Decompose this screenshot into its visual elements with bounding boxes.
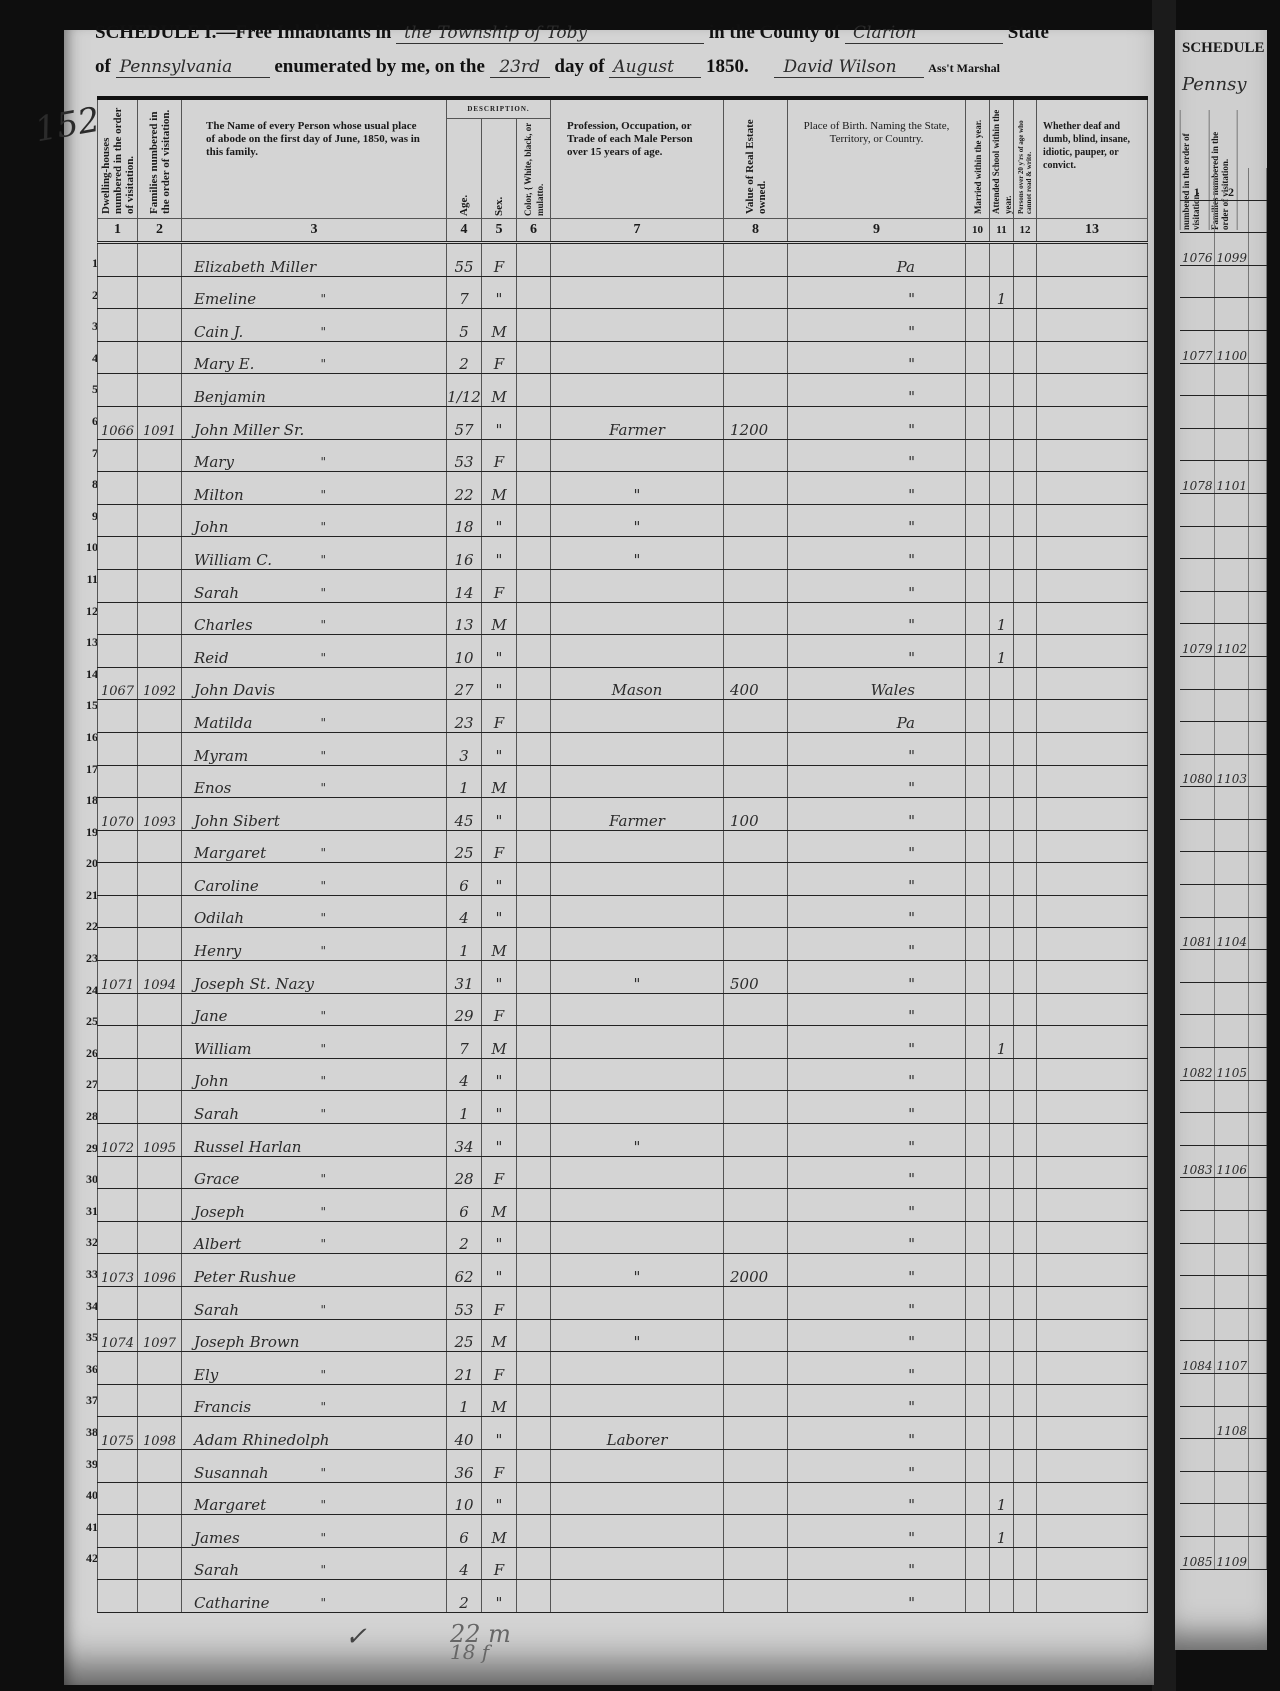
next-page-row — [1180, 722, 1266, 755]
cannot-read-write-cell — [1014, 1124, 1037, 1157]
real-estate-value-cell — [724, 635, 788, 668]
next-page-dwelling-number — [1180, 1439, 1214, 1472]
occupation-cell: " — [551, 1254, 724, 1287]
occupation: " — [634, 518, 641, 536]
next-page-row — [1180, 819, 1266, 852]
next-page-dwelling-number — [1180, 689, 1214, 722]
dwelling-number-cell: 1066 — [98, 406, 138, 439]
sex: " — [496, 812, 503, 830]
occupation-cell — [551, 1189, 724, 1222]
table-row: Sarah"14F" — [98, 569, 1148, 602]
family-number-cell — [138, 602, 182, 635]
condition-cell — [1037, 1580, 1148, 1613]
birthplace: " — [908, 1529, 915, 1547]
next-page-dwelling-number: 1079 — [1180, 624, 1214, 657]
condition-cell — [1037, 1384, 1148, 1417]
sex: " — [496, 1431, 503, 1449]
person-name-cell: James" — [182, 1515, 447, 1548]
table-row: Margaret"10""1 — [98, 1482, 1148, 1515]
next-page-name-fragment — [1248, 1113, 1266, 1146]
next-page-row — [1180, 950, 1266, 983]
family-number: 1093 — [143, 815, 176, 830]
next-page-family-number — [1214, 819, 1248, 852]
color-cell — [517, 1091, 551, 1124]
table-row: Sarah"53F" — [98, 1287, 1148, 1320]
next-page-family-number — [1214, 1276, 1248, 1309]
occupation-cell — [551, 1482, 724, 1515]
condition-cell — [1037, 700, 1148, 733]
sex-cell: M — [482, 1515, 517, 1548]
married-within-year-cell — [966, 667, 990, 700]
occupation-cell — [551, 341, 724, 374]
occupation: Laborer — [607, 1431, 668, 1449]
occupation-cell — [551, 1026, 724, 1059]
census-rows: Elizabeth Miller55FPaEmeline"7""1Cain J.… — [98, 243, 1148, 1613]
birthplace-cell: " — [788, 928, 966, 961]
person-name: Mary — [194, 453, 234, 471]
person-name: Margaret — [194, 1496, 266, 1514]
color-cell — [517, 472, 551, 505]
person-name-cell: John Davis — [182, 667, 447, 700]
person-name-cell: Francis" — [182, 1384, 447, 1417]
next-page-name-fragment — [1248, 1048, 1266, 1081]
age: 27 — [454, 681, 473, 699]
real-estate-value-cell — [724, 537, 788, 570]
next-page-row: 10781101 — [1180, 461, 1266, 494]
person-name-cell: Elizabeth Miller — [182, 243, 447, 277]
dwelling-number: 1067 — [101, 684, 134, 699]
attended-school-cell — [990, 1547, 1014, 1580]
next-page-family-number: 1102 — [1214, 624, 1248, 657]
birthplace-cell: " — [788, 504, 966, 537]
cannot-read-write-cell — [1014, 1384, 1037, 1417]
color-cell — [517, 1221, 551, 1254]
birthplace-cell: " — [788, 1482, 966, 1515]
real-estate-value-cell — [724, 1287, 788, 1320]
birthplace: " — [908, 1170, 915, 1188]
birthplace: " — [908, 909, 915, 927]
line-number: 21 — [74, 880, 98, 912]
birthplace: " — [908, 649, 915, 667]
line-number: 2 — [74, 280, 98, 312]
col-num: 6 — [517, 219, 551, 243]
person-name: Elizabeth Miller — [194, 258, 316, 276]
person-name: Adam Rhinedolph — [194, 1431, 329, 1449]
family-number-cell: 1094 — [138, 961, 182, 994]
cannot-read-write-cell — [1014, 472, 1037, 505]
occupation-cell: " — [551, 1319, 724, 1352]
col-num: 8 — [724, 219, 788, 243]
person-name-cell: Charles" — [182, 602, 447, 635]
occupation-cell — [551, 602, 724, 635]
family-number: 1095 — [143, 1141, 176, 1156]
dwelling-number-cell — [98, 1352, 138, 1385]
birthplace-cell: " — [788, 1124, 966, 1157]
next-page-dwelling-number — [1180, 1080, 1214, 1113]
line-number: 41 — [74, 1512, 98, 1544]
age-cell: 25 — [447, 830, 482, 863]
person-name: Sarah — [194, 584, 239, 602]
dwelling-number-cell — [98, 1026, 138, 1059]
occupation-cell — [551, 700, 724, 733]
age-cell: 45 — [447, 798, 482, 831]
person-name-cell: John Miller Sr. — [182, 406, 447, 439]
birthplace-cell: " — [788, 374, 966, 407]
age-cell: 28 — [447, 1156, 482, 1189]
attended-school-cell: 1 — [990, 1482, 1014, 1515]
color-cell — [517, 1547, 551, 1580]
table-row: 10671092John Davis27"Mason400Wales — [98, 667, 1148, 700]
condition-cell — [1037, 276, 1148, 309]
attended-school-cell — [990, 830, 1014, 863]
age: 10 — [454, 1496, 473, 1514]
person-name-cell: William C." — [182, 537, 447, 570]
birthplace-cell: " — [788, 895, 966, 928]
next-page-row — [1180, 852, 1266, 885]
col-num: 11 — [990, 219, 1014, 243]
col-num: 2 — [138, 219, 182, 243]
next-page-dwelling-number — [1180, 885, 1214, 918]
family-number-cell — [138, 928, 182, 961]
age: 53 — [454, 453, 473, 471]
table-row: 10741097Joseph Brown25M"" — [98, 1319, 1148, 1352]
col-head-married: Married within the year. — [966, 98, 990, 219]
next-page-name-fragment — [1248, 461, 1266, 494]
married-within-year-cell — [966, 406, 990, 439]
cannot-read-write-cell — [1014, 406, 1037, 439]
sex: M — [491, 942, 506, 960]
person-name-cell: Jane" — [182, 993, 447, 1026]
line-number: 1 — [74, 248, 98, 280]
birthplace: Wales — [871, 681, 915, 699]
sex-cell: F — [482, 1156, 517, 1189]
real-estate-value-cell — [724, 1384, 788, 1417]
birthplace: " — [908, 975, 915, 993]
occupation-cell — [551, 1580, 724, 1613]
occupation-cell — [551, 895, 724, 928]
married-within-year-cell — [966, 1547, 990, 1580]
next-page-family-number — [1214, 1308, 1248, 1341]
dwelling-number-cell: 1072 — [98, 1124, 138, 1157]
real-estate-value-cell — [724, 1124, 788, 1157]
age: 21 — [454, 1366, 473, 1384]
sex-cell: " — [482, 276, 517, 309]
occupation-cell — [551, 1221, 724, 1254]
attended-school-cell — [990, 798, 1014, 831]
col-num: 5 — [482, 219, 517, 243]
attended-school-cell — [990, 1221, 1014, 1254]
sex-cell: M — [482, 1026, 517, 1059]
next-page-dwelling-number: 1081 — [1180, 917, 1214, 950]
sex-cell: " — [482, 635, 517, 668]
next-page-family-number: 1108 — [1214, 1406, 1248, 1439]
age-cell: 7 — [447, 276, 482, 309]
attended-school-cell — [990, 374, 1014, 407]
attended-school-cell — [990, 1449, 1014, 1482]
person-name: John Miller Sr. — [194, 421, 304, 439]
cannot-read-write-cell — [1014, 1091, 1037, 1124]
condition-cell — [1037, 1547, 1148, 1580]
birthplace-cell: " — [788, 537, 966, 570]
married-within-year-cell — [966, 1124, 990, 1157]
dwelling-number: 1072 — [101, 1141, 134, 1156]
condition-cell — [1037, 537, 1148, 570]
next-page-family-number: 1109 — [1214, 1536, 1248, 1569]
table-row: 10711094Joseph St. Nazy31""500" — [98, 961, 1148, 994]
real-estate-value-cell — [724, 1482, 788, 1515]
occupation: " — [634, 486, 641, 504]
age-cell: 2 — [447, 341, 482, 374]
attended-school-cell — [990, 667, 1014, 700]
cannot-read-write-cell — [1014, 1482, 1037, 1515]
next-page-dwelling-number — [1180, 1113, 1214, 1146]
age: 7 — [459, 1040, 469, 1058]
dwelling-number-cell — [98, 537, 138, 570]
person-name: Matilda — [194, 714, 252, 732]
next-page-family-number — [1214, 1243, 1248, 1276]
next-page-dwelling-number — [1180, 526, 1214, 559]
table-row: Margaret"25F" — [98, 830, 1148, 863]
family-number-cell: 1092 — [138, 667, 182, 700]
attended-school: 1 — [997, 616, 1007, 634]
next-page-name-fragment — [1248, 722, 1266, 755]
family-number-cell — [138, 276, 182, 309]
family-number-cell — [138, 1058, 182, 1091]
birthplace: " — [908, 616, 915, 634]
person-name-cell: Mary" — [182, 439, 447, 472]
birthplace-cell: " — [788, 406, 966, 439]
real-estate-value-cell — [724, 1449, 788, 1482]
col-head-dwelling: Dwelling-houses numbered in the order of… — [98, 98, 138, 219]
col-head-color: Color, { White, black, or mulatto. — [517, 119, 551, 219]
next-page-col-nums: 12 — [1180, 168, 1266, 200]
family-number-cell — [138, 1189, 182, 1222]
condition-cell — [1037, 1482, 1148, 1515]
attended-school-cell — [990, 341, 1014, 374]
next-page-name-fragment — [1248, 493, 1266, 526]
person-name: Peter Rushue — [194, 1268, 296, 1286]
person-name: Jane — [194, 1007, 228, 1025]
line-number: 34 — [74, 1291, 98, 1323]
attended-school-cell: 1 — [990, 602, 1014, 635]
age-cell: 2 — [447, 1580, 482, 1613]
col-head-name: The Name of every Person whose usual pla… — [182, 98, 447, 219]
person-name-cell: Milton" — [182, 472, 447, 505]
family-number-cell — [138, 309, 182, 342]
age: 53 — [454, 1301, 473, 1319]
next-page-family-number — [1214, 428, 1248, 461]
married-within-year-cell — [966, 1091, 990, 1124]
person-name-cell: Sarah" — [182, 1091, 447, 1124]
age-cell: 53 — [447, 439, 482, 472]
table-row: Susannah"36F" — [98, 1449, 1148, 1482]
next-page-family-number — [1214, 200, 1248, 233]
birthplace-cell: " — [788, 602, 966, 635]
next-page-family-number — [1214, 1211, 1248, 1244]
next-page-row — [1180, 885, 1266, 918]
line-number: 17 — [74, 754, 98, 786]
birthplace: " — [908, 1301, 915, 1319]
person-name-cell: Caroline" — [182, 863, 447, 896]
married-within-year-cell — [966, 961, 990, 994]
color-cell — [517, 667, 551, 700]
family-number-cell: 1093 — [138, 798, 182, 831]
sex: " — [496, 1496, 503, 1514]
next-page-dwelling-number — [1180, 950, 1214, 983]
cannot-read-write-cell — [1014, 1417, 1037, 1450]
cannot-read-write-cell — [1014, 1547, 1037, 1580]
next-page-family-number — [1214, 1504, 1248, 1537]
sex: M — [491, 1529, 506, 1547]
cannot-read-write-cell — [1014, 1189, 1037, 1222]
next-page-dwelling-number — [1180, 363, 1214, 396]
age-cell: 62 — [447, 1254, 482, 1287]
next-page-name-fragment — [1248, 1243, 1266, 1276]
occupation: Mason — [612, 681, 663, 699]
sex: " — [496, 1105, 503, 1123]
col-head-illiterate: Persons over 20 y'rs of age who cannot r… — [1014, 98, 1037, 219]
married-within-year-cell — [966, 276, 990, 309]
real-estate-value-cell — [724, 472, 788, 505]
table-row: 10701093John Sibert45"Farmer100" — [98, 798, 1148, 831]
next-page-name-fragment — [1248, 233, 1266, 266]
line-number: 37 — [74, 1385, 98, 1417]
age-cell: 4 — [447, 895, 482, 928]
occupation-cell — [551, 1156, 724, 1189]
cannot-read-write-cell — [1014, 504, 1037, 537]
line-number: 24 — [74, 975, 98, 1007]
line-number: 29 — [74, 1133, 98, 1165]
married-within-year-cell — [966, 1254, 990, 1287]
next-page-family-number — [1214, 689, 1248, 722]
next-page-name-fragment — [1248, 265, 1266, 298]
married-within-year-cell — [966, 1417, 990, 1450]
dwelling-number-cell — [98, 439, 138, 472]
birthplace-cell: " — [788, 341, 966, 374]
cannot-read-write-cell — [1014, 1287, 1037, 1320]
age: 14 — [454, 584, 473, 602]
table-row: 10751098Adam Rhinedolph40"Laborer" — [98, 1417, 1148, 1450]
married-within-year-cell — [966, 765, 990, 798]
color-cell — [517, 504, 551, 537]
married-within-year-cell — [966, 1352, 990, 1385]
table-row: Mary"53F" — [98, 439, 1148, 472]
color-cell — [517, 569, 551, 602]
birthplace-cell: " — [788, 569, 966, 602]
surname-ditto-mark: " — [320, 586, 326, 600]
cannot-read-write-cell — [1014, 667, 1037, 700]
attended-school-cell — [990, 406, 1014, 439]
condition-cell — [1037, 765, 1148, 798]
next-page-family-number — [1214, 950, 1248, 983]
cannot-read-write-cell — [1014, 602, 1037, 635]
condition-cell — [1037, 1156, 1148, 1189]
sex-cell: F — [482, 1547, 517, 1580]
family-number-cell — [138, 1156, 182, 1189]
next-page-name-fragment — [1248, 819, 1266, 852]
table-row: Catharine"2"" — [98, 1580, 1148, 1613]
sex: " — [496, 975, 503, 993]
real-estate-value-cell — [724, 700, 788, 733]
family-number-cell — [138, 243, 182, 277]
occupation-cell — [551, 635, 724, 668]
married-within-year-cell — [966, 1189, 990, 1222]
next-page-row: 10851109 — [1180, 1536, 1266, 1569]
dwelling-number-cell — [98, 1515, 138, 1548]
age-cell: 55 — [447, 243, 482, 277]
next-page-dwelling-number — [1180, 1504, 1214, 1537]
occupation-cell — [551, 439, 724, 472]
state-field: Pennsylvania — [116, 57, 270, 78]
dwelling-number-cell — [98, 602, 138, 635]
county-field: Clarion — [845, 23, 1003, 44]
table-row: John"18""" — [98, 504, 1148, 537]
table-row: Milton"22M"" — [98, 472, 1148, 505]
sex-cell: " — [482, 1124, 517, 1157]
age-cell: 36 — [447, 1449, 482, 1482]
next-page-dwelling-number — [1180, 722, 1214, 755]
marshal-label: Ass't Marshal — [928, 61, 1000, 75]
sex-cell: F — [482, 569, 517, 602]
real-estate-value-cell: 400 — [724, 667, 788, 700]
sex: " — [496, 551, 503, 569]
person-name-cell: Catharine" — [182, 1580, 447, 1613]
next-page-family-number — [1214, 591, 1248, 624]
cannot-read-write-cell — [1014, 863, 1037, 896]
table-row: Ely"21F" — [98, 1352, 1148, 1385]
birthplace-cell: " — [788, 635, 966, 668]
family-number-cell — [138, 569, 182, 602]
cannot-read-write-cell — [1014, 1156, 1037, 1189]
family-number-cell — [138, 341, 182, 374]
married-within-year-cell — [966, 602, 990, 635]
real-estate-value-cell — [724, 1221, 788, 1254]
cannot-read-write-cell — [1014, 276, 1037, 309]
surname-ditto-mark: " — [320, 325, 326, 339]
next-page-dwelling-number — [1180, 396, 1214, 429]
next-page-row — [1180, 1504, 1266, 1537]
line-number: 5 — [74, 374, 98, 406]
next-page-row: 10801103 — [1180, 754, 1266, 787]
next-page-name-fragment — [1248, 950, 1266, 983]
next-page-row — [1180, 1178, 1266, 1211]
real-estate-value-cell — [724, 830, 788, 863]
sex: M — [491, 486, 506, 504]
age: 1 — [459, 779, 469, 797]
age: 3 — [459, 747, 469, 765]
sex: " — [496, 1594, 503, 1612]
person-name: Joseph Brown — [194, 1333, 299, 1351]
age: 22 — [454, 486, 473, 504]
color-cell — [517, 1449, 551, 1482]
next-page-dwelling-number: 1080 — [1180, 754, 1214, 787]
age: 45 — [454, 812, 473, 830]
birthplace: " — [908, 1431, 915, 1449]
line-number: 31 — [74, 1196, 98, 1228]
age: 13 — [454, 616, 473, 634]
surname-ditto-mark: " — [320, 879, 326, 893]
table-row: Reid"10""1 — [98, 635, 1148, 668]
attended-school-cell — [990, 700, 1014, 733]
birthplace-cell: " — [788, 1319, 966, 1352]
birthplace: " — [908, 1464, 915, 1482]
next-page-row: 10811104 — [1180, 917, 1266, 950]
family-number-cell — [138, 732, 182, 765]
next-page-dwelling-number — [1180, 428, 1214, 461]
table-row: Enos"1M" — [98, 765, 1148, 798]
real-estate-value-cell: 500 — [724, 961, 788, 994]
age: 4 — [459, 1072, 469, 1090]
